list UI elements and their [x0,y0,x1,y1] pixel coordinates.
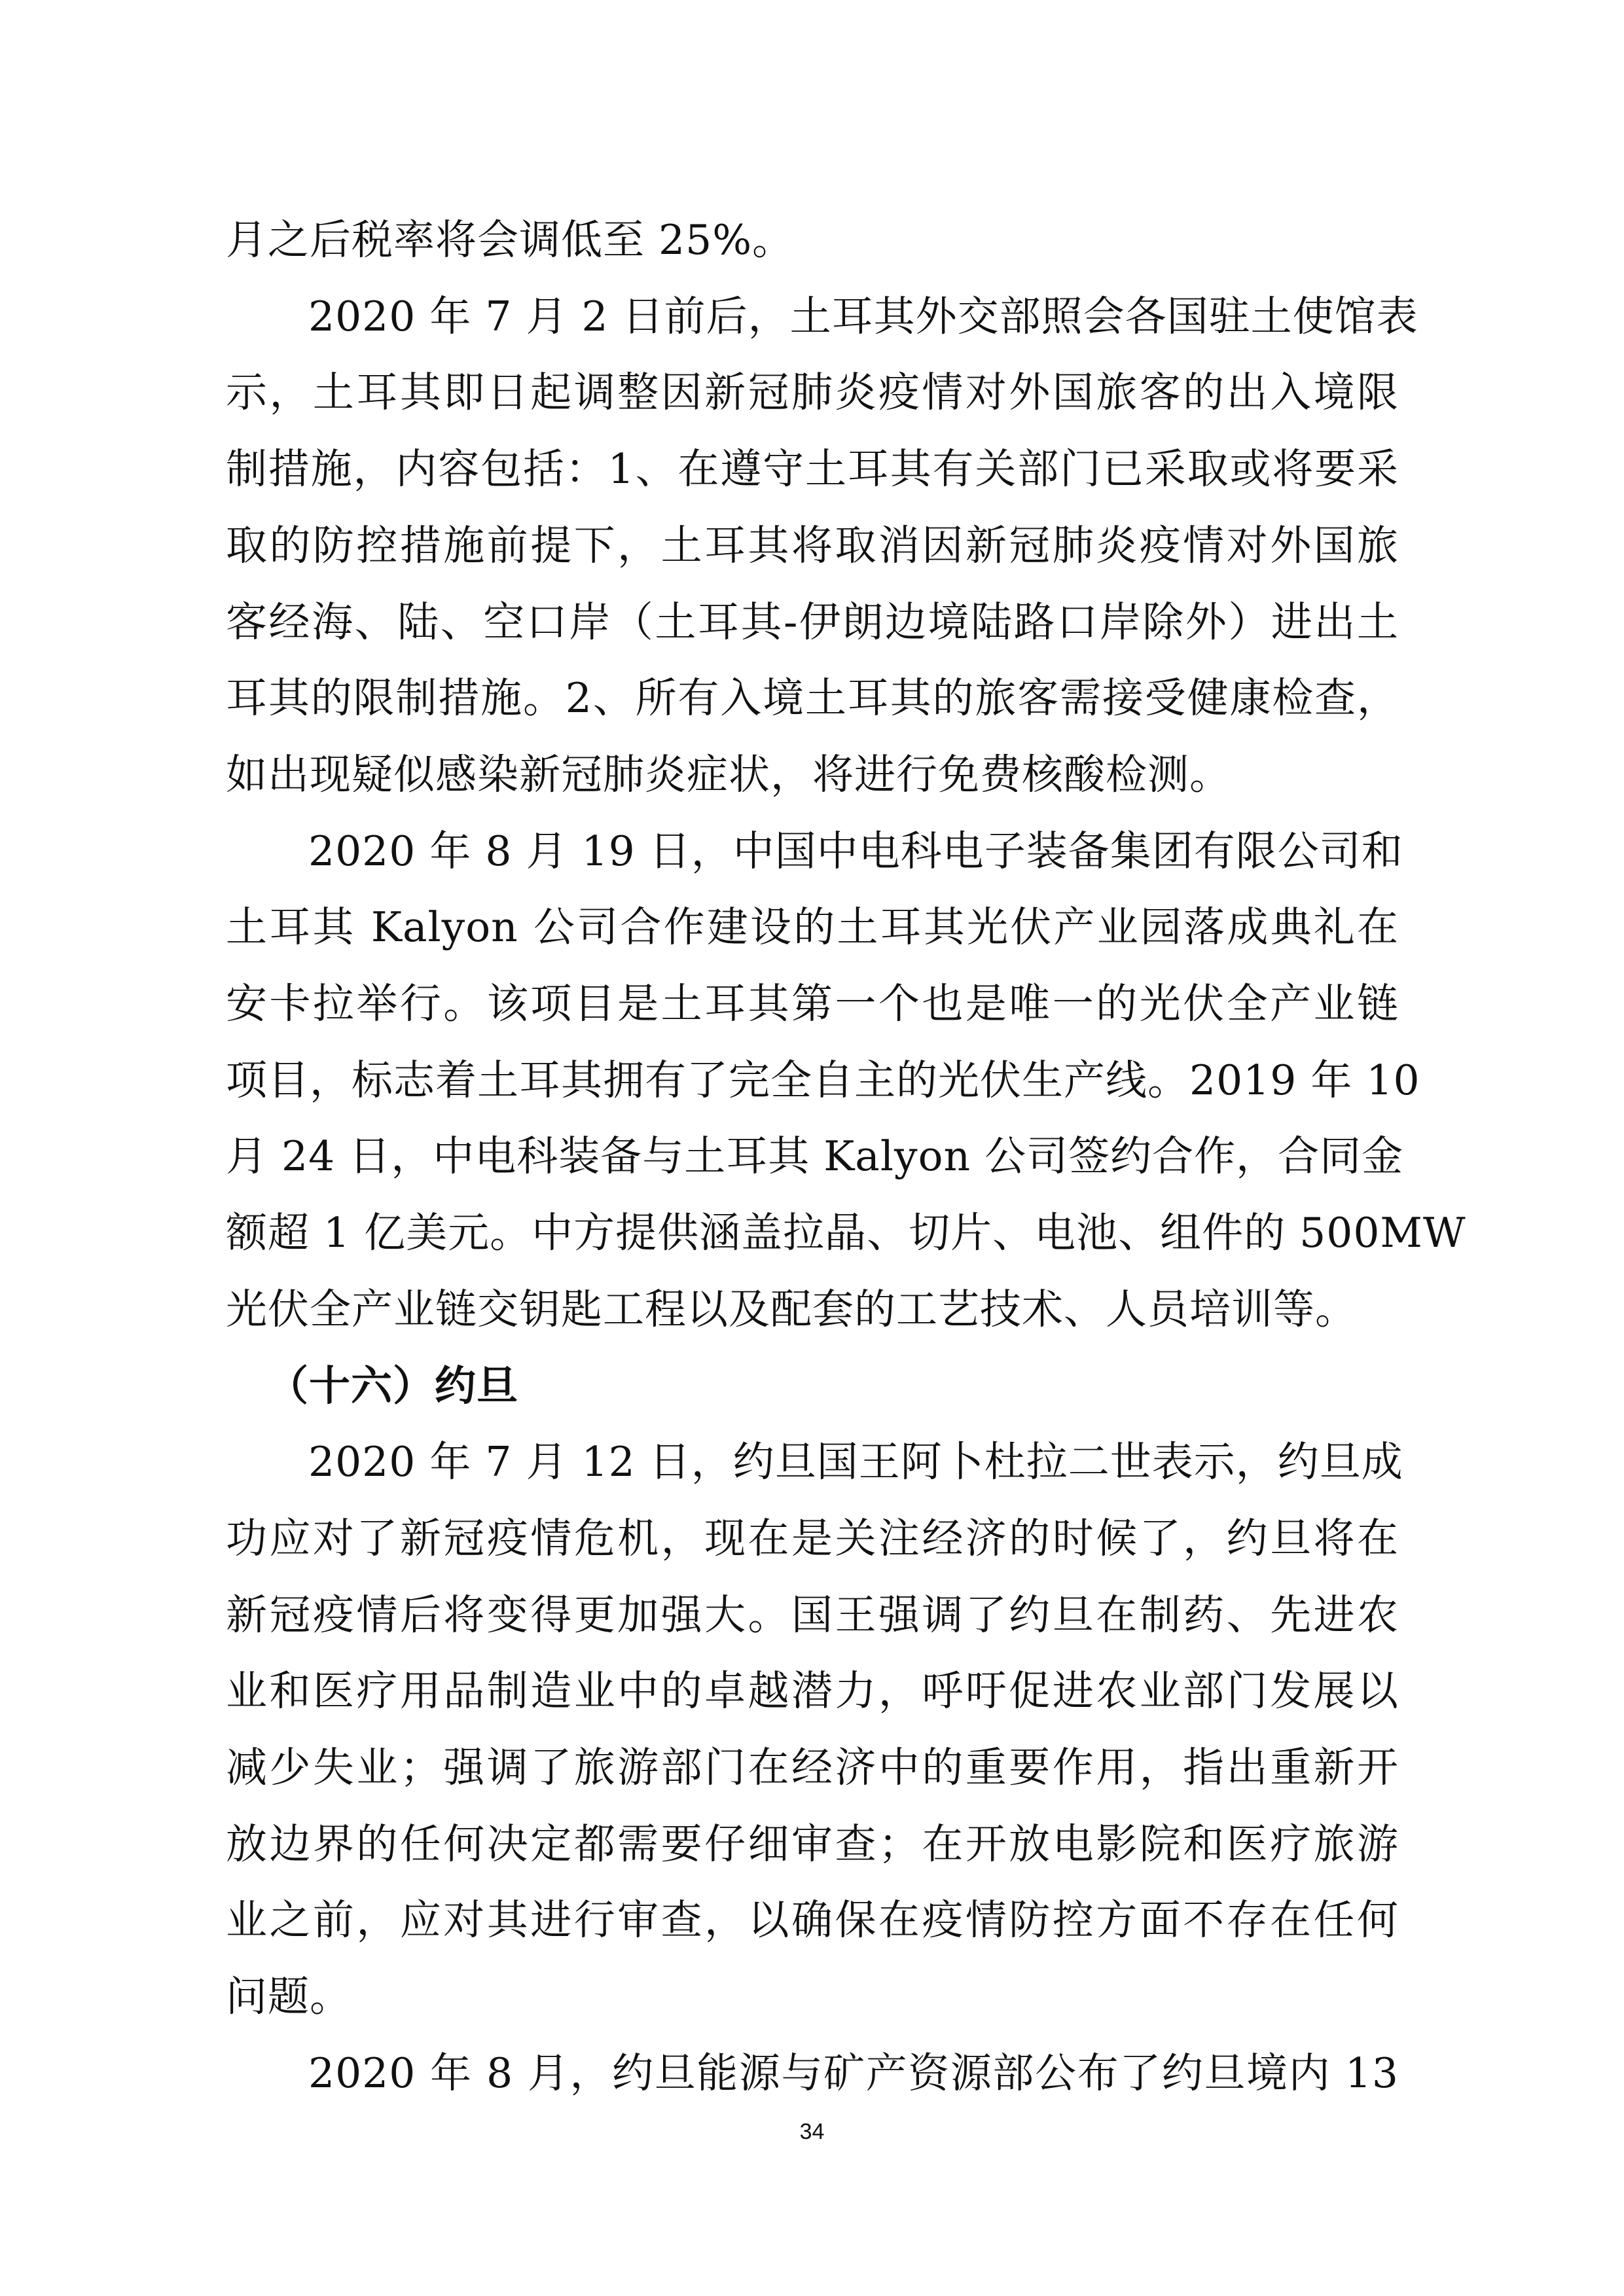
text-line: 光伏全产业链交钥匙工程以及配套的工艺技术、人员培训等。 [226,1272,1399,1348]
text-line: 2020 年 7 月 2 日前后，土耳其外交部照会各国驻土使馆表 [226,279,1399,355]
text-line: 土耳其 Kalyon 公司合作建设的土耳其光伏产业园落成典礼在 [226,889,1399,966]
page-number: 34 [0,2119,1624,2145]
text-line: 新冠疫情后将变得更加强大。国王强调了约旦在制药、先进农 [226,1577,1399,1654]
text-line: 功应对了新冠疫情危机，现在是关注经济的时候了，约旦将在 [226,1501,1399,1577]
paragraph-tax-rate-continuation: 月之后税率将会调低至 25%。 [226,202,1399,279]
text-line: 业和医疗用品制造业中的卓越潜力，呼吁促进农业部门发展以 [226,1653,1399,1730]
text-line: 减少失业；强调了旅游部门在经济中的重要作用，指出重新开 [226,1730,1399,1806]
paragraph-turkey-solar-park: 2020 年 8 月 19 日，中国中电科电子装备集团有限公司和 土耳其 Kal… [226,814,1399,1348]
text-line: 2020 年 8 月，约旦能源与矿产资源部公布了约旦境内 13 [226,2036,1399,2112]
paragraph-turkey-entry-restrictions: 2020 年 7 月 2 日前后，土耳其外交部照会各国驻土使馆表 示，土耳其即日… [226,279,1399,814]
text-line: 耳其的限制措施。2、所有入境土耳其的旅客需接受健康检查， [226,660,1399,737]
text-line: 取的防控措施前提下，土耳其将取消因新冠肺炎疫情对外国旅 [226,508,1399,584]
text-line: 月 24 日，中电科装备与土耳其 Kalyon 公司签约合作，合同金 [226,1119,1399,1195]
paragraph-jordan-energy-ministry: 2020 年 8 月，约旦能源与矿产资源部公布了约旦境内 13 [226,2036,1399,2112]
text-line: 2020 年 7 月 12 日，约旦国王阿卜杜拉二世表示，约旦成 [226,1424,1399,1501]
text-line: 放边界的任何决定都需要仔细审查；在开放电影院和医疗旅游 [226,1806,1399,1883]
document-page: 月之后税率将会调低至 25%。 2020 年 7 月 2 日前后，土耳其外交部照… [0,0,1624,2296]
section-heading-text: （十六）约旦 [267,1362,518,1410]
page-body: 月之后税率将会调低至 25%。 2020 年 7 月 2 日前后，土耳其外交部照… [226,202,1399,2112]
text-line: 如出现疑似感染新冠肺炎症状，将进行免费核酸检测。 [226,737,1399,814]
text-line: 安卡拉举行。该项目是土耳其第一个也是唯一的光伏全产业链 [226,966,1399,1043]
text-line: 2020 年 8 月 19 日，中国中电科电子装备集团有限公司和 [226,814,1399,890]
text-line: 项目，标志着土耳其拥有了完全自主的光伏生产线。2019 年 10 [226,1043,1399,1119]
text-line: 制措施，内容包括：1、在遵守土耳其有关部门已采取或将要采 [226,431,1399,508]
text-line: 问题。 [226,1959,1399,2036]
paragraph-jordan-king-statement: 2020 年 7 月 12 日，约旦国王阿卜杜拉二世表示，约旦成 功应对了新冠疫… [226,1424,1399,2036]
text-line: 月之后税率将会调低至 25%。 [226,202,1399,279]
text-line: 额超 1 亿美元。中方提供涵盖拉晶、切片、电池、组件的 500MW [226,1195,1399,1272]
text-line: 业之前，应对其进行审查，以确保在疫情防控方面不存在任何 [226,1882,1399,1959]
text-line: 客经海、陆、空口岸（土耳其-伊朗边境陆路口岸除外）进出土 [226,584,1399,661]
section-heading-jordan: （十六）约旦 [226,1348,1399,1425]
text-line: 示，土耳其即日起调整因新冠肺炎疫情对外国旅客的出入境限 [226,355,1399,431]
